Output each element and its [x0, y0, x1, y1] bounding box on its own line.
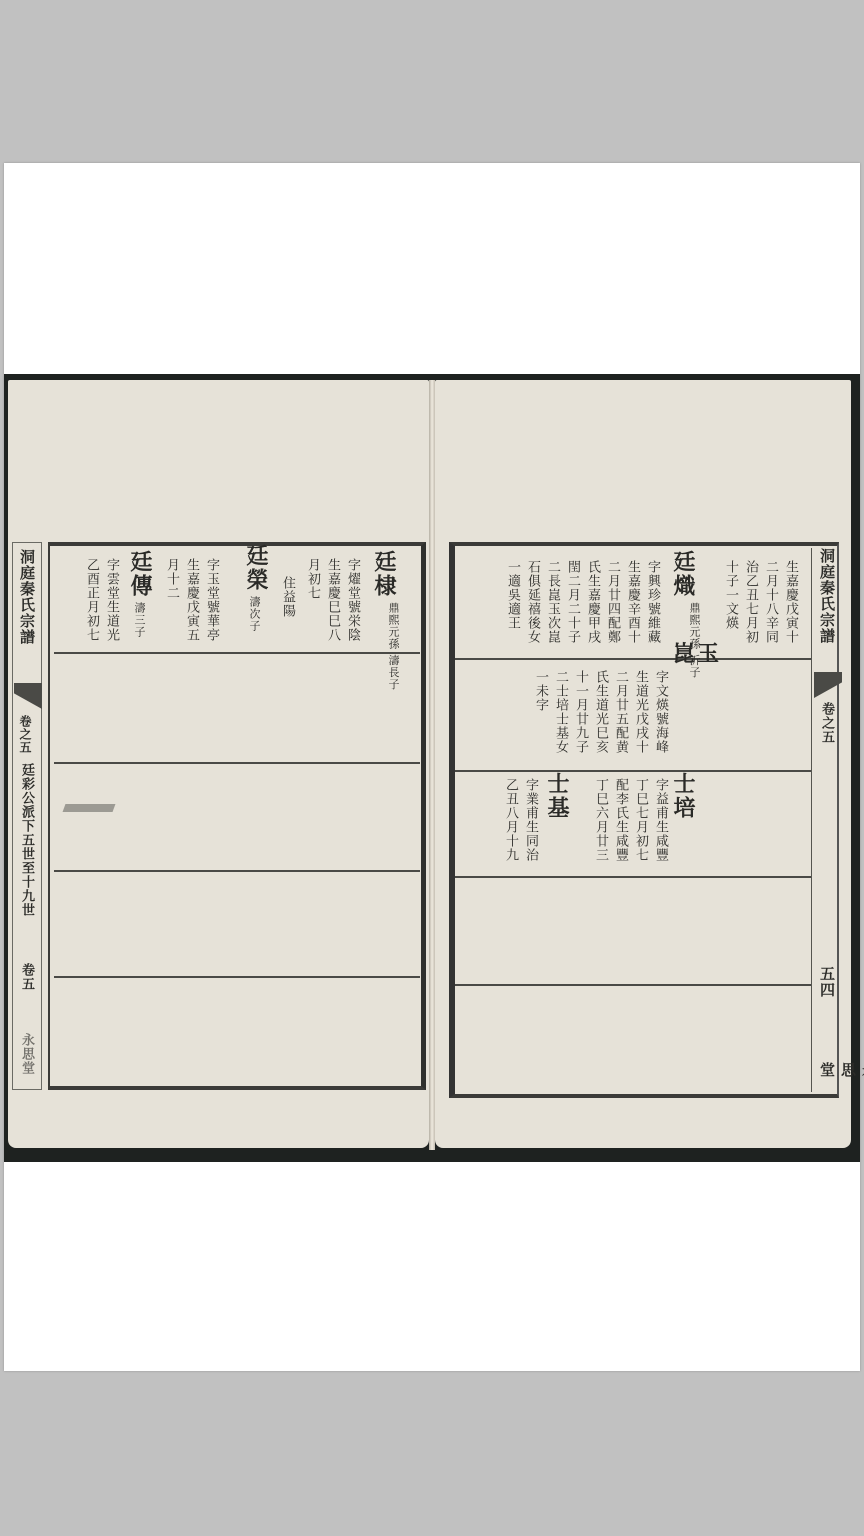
margin-chapter: 卷之五: [817, 702, 836, 744]
fish-tail-mark-icon: [14, 683, 42, 709]
entry-line: 治乙丑七月初: [743, 560, 757, 644]
entry-name: 士培: [671, 772, 695, 820]
entry-line: 一適吳適王: [505, 560, 519, 630]
margin-column-border: [811, 548, 812, 1092]
left-page-margin-column: 洞庭秦氏宗譜 卷之五 廷彩公派下五世至十九世 卷五 永思堂: [12, 542, 42, 1090]
right-page-margin-column: 洞庭秦氏宗譜 卷之五 五四 永思堂: [813, 542, 843, 1090]
entry-name: 廷榮: [244, 544, 268, 592]
entry-name: 廷熾: [671, 550, 695, 598]
entry-line: 二月廿四配鄭: [605, 560, 619, 644]
entry-line: 字文煐號海峰: [653, 670, 667, 754]
entry-line: 二長崑玉次崑: [545, 560, 559, 644]
entry-line: 氏生嘉慶甲戌: [585, 560, 599, 644]
entry-line: 十一月廿九子: [573, 670, 587, 754]
entry-line: 氏生道光巳亥: [593, 670, 607, 754]
entry-name: 士基: [545, 772, 569, 820]
entry-line: 乙酉正月初七: [84, 558, 98, 642]
register-divider: [455, 770, 811, 772]
ink-smudge: [63, 804, 116, 812]
fish-tail-mark-icon: [814, 672, 842, 698]
margin-chapter: 卷之五: [17, 715, 34, 754]
register-divider: [455, 984, 811, 986]
margin-folio: 卷五: [17, 963, 36, 991]
entry-line: 字雲堂生道光: [104, 558, 118, 642]
register-divider: [54, 976, 420, 978]
entry-line: 丁巳六月廿三: [593, 778, 607, 862]
margin-section: 廷彩公派下五世至十九世: [17, 763, 36, 917]
entry-line: 字玉堂號華亭: [204, 558, 218, 642]
entry-line: 丁巳七月初七: [633, 778, 647, 862]
entry-line: 生嘉慶巳巳八: [325, 558, 339, 642]
entry-line: 十子一文煐: [723, 560, 737, 630]
margin-folio: 五四: [817, 966, 838, 998]
entry-line: 生嘉慶戊寅十: [783, 560, 797, 644]
margin-title: 洞庭秦氏宗譜: [817, 548, 838, 644]
entry-line: 字益甫生咸豐: [653, 778, 667, 862]
entry-line: 生嘉慶辛酉十: [625, 560, 639, 644]
entry-line: 配李氏生咸豐: [613, 778, 627, 862]
book-scan-image: 洞庭秦氏宗譜 卷之五 廷彩公派下五世至十九世 卷五 永思堂 廷棣 鼎熙元孫 濤長…: [4, 374, 860, 1162]
entry-line: 二士培士基女: [553, 670, 567, 754]
left-page: 洞庭秦氏宗譜 卷之五 廷彩公派下五世至十九世 卷五 永思堂 廷棣 鼎熙元孫 濤長…: [8, 380, 429, 1148]
entry-line: 生道光戊戌十: [633, 670, 647, 754]
entry-name: 廷傳: [128, 550, 152, 598]
entry-note: 濤次子: [247, 596, 261, 632]
margin-title: 洞庭秦氏宗譜: [17, 549, 38, 645]
entry-line: 一未字: [533, 670, 547, 712]
entry-line: 字燿堂號栄陰: [345, 558, 359, 642]
register-divider: [54, 652, 420, 654]
entry-name: 崑玉: [673, 642, 721, 666]
margin-hall: 永思堂: [817, 1062, 864, 1090]
entry-line: 月初七: [305, 558, 319, 600]
register-divider: [455, 658, 811, 660]
entry-line: 字興珍號維藏: [645, 560, 659, 644]
entry-line: 石俱延禧後女: [525, 560, 539, 644]
entry-line: 住益陽: [280, 576, 294, 618]
margin-hall: 永思堂: [17, 1033, 36, 1075]
entry-line: 月十二: [164, 558, 178, 600]
entry-line: 閏二月二十子: [565, 560, 579, 644]
entry-note: 鼎熙元孫 濤長子: [370, 602, 400, 691]
register-divider: [54, 870, 420, 872]
entry-line: 生嘉慶戊寅五: [184, 558, 198, 642]
entry-line: 二月廿五配黄: [613, 670, 627, 754]
entry-name: 廷棣: [372, 550, 396, 598]
entry-line: 字業甫生同治: [523, 778, 537, 862]
register-divider: [54, 762, 420, 764]
entry-line: 乙丑八月十九: [503, 778, 517, 862]
register-divider: [455, 876, 811, 878]
right-page: 洞庭秦氏宗譜 卷之五 五四 永思堂 生嘉慶戊寅十 二月十八辛同 治乙丑七月初 十…: [435, 380, 851, 1148]
entry-line: 二月十八辛同: [763, 560, 777, 644]
entry-note: 濤三子: [132, 602, 146, 638]
